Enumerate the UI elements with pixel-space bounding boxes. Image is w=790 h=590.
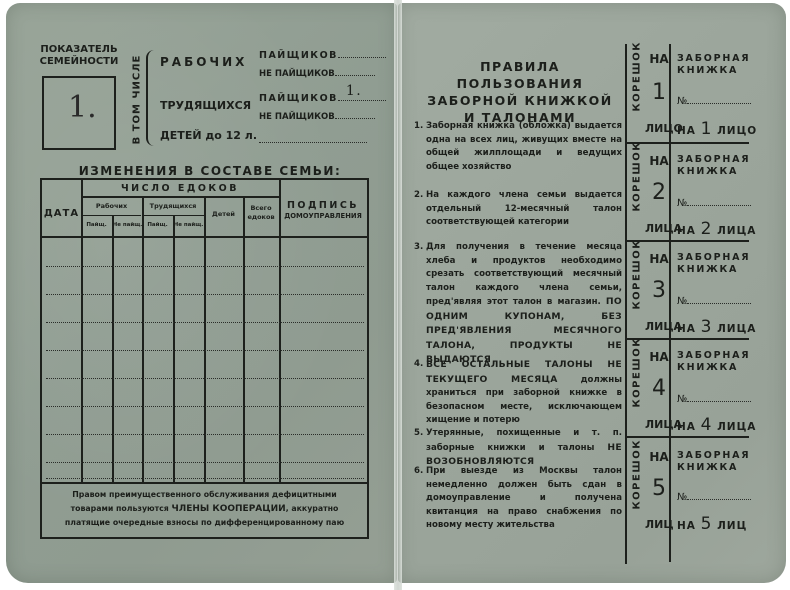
stub-book-label: ЗАБОРНАЯКНИЖКА <box>677 450 750 474</box>
stub-na-label: НА <box>649 52 669 66</box>
stub-book-label: ЗАБОРНАЯКНИЖКА <box>677 53 750 77</box>
workers-shareholders-field[interactable]: ПАЙЩИКОВ <box>259 48 386 61</box>
stub-number: 1 <box>649 80 669 105</box>
number-sign: № <box>677 394 687 405</box>
rules-title-line1: ПРАВИЛА ПОЛЬЗОВАНИЯ <box>420 58 620 92</box>
dotted-line <box>335 109 375 119</box>
brace-bracket <box>146 50 158 146</box>
family-changes-table: ДАТА ЧИСЛО ЕДОКОВ Рабочих Трудящихся Пай… <box>40 178 369 539</box>
stub-koreshok-label: КОРЕШОК <box>632 172 643 212</box>
rule-2: 2. На каждого члена семьи выдается отдел… <box>414 189 622 230</box>
rule-number: 5. <box>414 427 423 441</box>
number-sign: № <box>677 492 687 503</box>
stub-for-persons: НА 4 ЛИЦА <box>677 415 756 435</box>
col-total-line2: едоков <box>243 213 279 222</box>
book-label-line1: ЗАБОРНАЯ <box>677 350 750 362</box>
dotted-line: 1. <box>338 91 386 101</box>
col-workers-nonsh: Не пайщ. <box>112 222 143 228</box>
na-label: НА <box>677 323 696 335</box>
rule-3: 3. Для получения в течение месяца хлеба … <box>414 241 622 368</box>
stub-koreshok-label: КОРЕШОК <box>632 368 643 408</box>
col-employees-sh: Пайщ. <box>142 222 173 228</box>
stub-number: 2 <box>649 180 669 205</box>
dotted-line <box>687 94 751 104</box>
stub-number-field[interactable]: № <box>677 94 751 107</box>
non-shareholders-label: НЕ ПАЙЩИКОВ <box>259 112 335 122</box>
stub-number-field[interactable]: № <box>677 490 751 503</box>
workers-label: РАБОЧИХ <box>160 55 247 69</box>
persons-unit: ЛИЦА <box>717 421 756 433</box>
col-group-eaters: ЧИСЛО ЕДОКОВ <box>81 183 279 194</box>
na-label: НА <box>677 125 696 137</box>
rule-text: На каждого члена семьи выдается отдельны… <box>426 189 622 230</box>
person-count: 5 <box>701 514 713 534</box>
col-signature: ПОДПИСЬ ДОМОУПРАВЛЕНИЯ <box>279 200 367 222</box>
table-row[interactable] <box>46 406 364 407</box>
table-row[interactable] <box>46 462 364 463</box>
stub-number-field[interactable]: № <box>677 294 751 307</box>
table-row[interactable] <box>46 294 364 295</box>
table-row[interactable] <box>46 350 364 351</box>
persons-unit: ЛИЦА <box>717 225 756 237</box>
stub-na-label: НА <box>649 154 669 168</box>
rule-text: Для получения в течение месяца хлеба и п… <box>426 242 622 307</box>
stub-persons-label: ЛИЦ <box>645 518 671 531</box>
number-sign: № <box>677 198 687 209</box>
rule-text: Заборная книжка (обложка) выдается одна … <box>426 120 622 174</box>
family-indicator-label-line1: ПОКАЗАТЕЛЬ <box>34 44 124 56</box>
book-label-line1: ЗАБОРНАЯ <box>677 252 750 264</box>
book-label-line1: ЗАБОРНАЯ <box>677 53 750 65</box>
rules-title: ПРАВИЛА ПОЛЬЗОВАНИЯ ЗАБОРНОЙ КНИЖКОЙ И Т… <box>420 58 620 126</box>
cooperative-note: Правом преимущественного обслуживания де… <box>50 488 359 530</box>
col-children: Детей <box>204 210 243 218</box>
book-label-line2: КНИЖКА <box>677 462 750 474</box>
children-field[interactable] <box>259 133 367 143</box>
shareholders-label: ПАЙЩИКОВ <box>259 93 338 104</box>
book-label-line1: ЗАБОРНАЯ <box>677 450 750 462</box>
col-total-line1: Всего <box>243 204 279 213</box>
stub-for-persons: НА 1 ЛИЦО <box>677 119 757 139</box>
dotted-line <box>687 294 751 304</box>
na-label: НА <box>677 520 696 532</box>
rule-number: 6. <box>414 465 423 479</box>
book-label-line2: КНИЖКА <box>677 264 750 276</box>
stub-1[interactable]: КОРЕШОК НА 1 ЛИЦО ЗАБОРНАЯКНИЖКА № НА 1 … <box>627 44 777 144</box>
stub-number: 4 <box>649 376 669 401</box>
stub-number: 3 <box>649 278 669 303</box>
stub-book-label: ЗАБОРНАЯКНИЖКА <box>677 154 750 178</box>
book-label-line2: КНИЖКА <box>677 362 750 374</box>
stub-for-persons: НА 2 ЛИЦА <box>677 219 756 239</box>
rule-number: 2. <box>414 189 423 203</box>
stub-na-label: НА <box>649 252 669 266</box>
family-indicator-label: ПОКАЗАТЕЛЬ СЕМЕЙНОСТИ <box>34 44 124 68</box>
dotted-line <box>687 196 751 206</box>
na-label: НА <box>677 225 696 237</box>
dotted-line <box>338 48 386 58</box>
shareholders-label: ПАЙЩИКОВ <box>259 50 338 61</box>
in-total-text: В ТОМ ЧИСЛЕ <box>132 55 143 145</box>
family-indicator-box[interactable]: 1. <box>42 76 116 150</box>
persons-unit: ЛИЦ <box>717 520 747 532</box>
stub-2[interactable]: КОРЕШОК НА 2 ЛИЦА ЗАБОРНАЯКНИЖКА № НА 2 … <box>627 144 777 242</box>
col-date: ДАТА <box>42 208 81 219</box>
book-label-line2: КНИЖКА <box>677 65 750 77</box>
employees-shareholders-value: 1. <box>346 83 362 99</box>
rule-4: 4. ВСЕ ОСТАЛЬНЫЕ ТАЛОНЫ НЕ ТЕКУЩЕГО МЕСЯ… <box>414 358 622 428</box>
employees-shareholders-field[interactable]: ПАЙЩИКОВ1. <box>259 91 386 104</box>
stub-5[interactable]: КОРЕШОК НА 5 ЛИЦ ЗАБОРНАЯКНИЖКА № НА 5 Л… <box>627 438 777 562</box>
stub-koreshok-label: КОРЕШОК <box>632 470 643 510</box>
col-employees: Трудящихся <box>142 202 204 210</box>
stub-book-label: ЗАБОРНАЯКНИЖКА <box>677 252 750 276</box>
persons-unit: ЛИЦО <box>717 125 757 137</box>
person-count: 1 <box>701 119 713 139</box>
rules-title-line2: ЗАБОРНОЙ КНИЖКОЙ <box>420 92 620 109</box>
stub-na-label: НА <box>649 350 669 364</box>
in-total-vertical-label: В ТОМ ЧИСЛЕ <box>127 56 147 146</box>
rule-number: 1. <box>414 120 423 134</box>
rule-number: 3. <box>414 241 423 255</box>
book-label-line1: ЗАБОРНАЯ <box>677 154 750 166</box>
col-signature-line2: ДОМОУПРАВЛЕНИЯ <box>279 211 367 222</box>
stub-persons-label: ЛИЦА <box>645 320 671 333</box>
rule-text: При выезде из Москвы талон немедленно до… <box>426 465 622 533</box>
number-sign: № <box>677 96 687 107</box>
rule-number: 4. <box>414 358 423 372</box>
table-row[interactable] <box>46 478 364 479</box>
table-row[interactable] <box>46 266 364 267</box>
table-row[interactable] <box>46 322 364 323</box>
stub-4[interactable]: КОРЕШОК НА 4 ЛИЦА ЗАБОРНАЯКНИЖКА № НА 4 … <box>627 340 777 438</box>
stub-na-label: НА <box>649 450 669 464</box>
dotted-line <box>687 392 751 402</box>
col-employees-nonsh: Не пайщ. <box>173 222 204 228</box>
person-count: 2 <box>701 219 713 239</box>
stub-persons-label: ЛИЦА <box>645 222 671 235</box>
stub-number-field[interactable]: № <box>677 392 751 405</box>
persons-unit: ЛИЦА <box>717 323 756 335</box>
family-indicator-value: 1. <box>68 90 97 125</box>
workers-non-shareholders-field[interactable]: НЕ ПАЙЩИКОВ <box>259 66 375 79</box>
table-row[interactable] <box>46 434 364 435</box>
col-workers-sh: Пайщ. <box>81 222 112 228</box>
children-label: ДЕТЕЙ до 12 л. <box>160 129 257 142</box>
cooperative-note-emphasis: ЧЛЕНЫ КООПЕРАЦИИ <box>171 504 285 514</box>
col-total: Всего едоков <box>243 204 279 222</box>
na-label: НА <box>677 421 696 433</box>
stub-persons-label: ЛИЦА <box>645 418 671 431</box>
stub-for-persons: НА 5 ЛИЦ <box>677 514 747 534</box>
employees-non-shareholders-field[interactable]: НЕ ПАЙЩИКОВ <box>259 109 375 122</box>
book-label-line2: КНИЖКА <box>677 166 750 178</box>
stub-koreshok-label: КОРЕШОК <box>632 270 643 310</box>
rule-text: Утерянные, похищенные и т. п. заборные к… <box>426 428 622 453</box>
rule-6: 6. При выезде из Москвы талон немедленно… <box>414 465 622 533</box>
col-signature-line1: ПОДПИСЬ <box>279 200 367 211</box>
dotted-line <box>335 66 375 76</box>
book-spine <box>394 0 402 590</box>
number-sign: № <box>677 296 687 307</box>
col-workers: Рабочих <box>81 202 142 210</box>
family-indicator-label-line2: СЕМЕЙНОСТИ <box>34 56 124 68</box>
rule-1: 1. Заборная книжка (обложка) выдается од… <box>414 120 622 174</box>
stub-book-label: ЗАБОРНАЯКНИЖКА <box>677 350 750 374</box>
dotted-line <box>687 490 751 500</box>
person-count: 4 <box>701 415 713 435</box>
table-row[interactable] <box>46 378 364 379</box>
non-shareholders-label: НЕ ПАЙЩИКОВ <box>259 69 335 79</box>
person-count: 3 <box>701 317 713 337</box>
stub-number-field[interactable]: № <box>677 196 751 209</box>
stub-for-persons: НА 3 ЛИЦА <box>677 317 756 337</box>
stub-persons-label: ЛИЦО <box>645 122 671 135</box>
stub-3[interactable]: КОРЕШОК НА 3 ЛИЦА ЗАБОРНАЯКНИЖКА № НА 3 … <box>627 242 777 340</box>
stub-number: 5 <box>649 476 669 501</box>
family-changes-title: ИЗМЕНЕНИЯ В СОСТАВЕ СЕМЬИ: <box>60 164 360 178</box>
rule-5: 5. Утерянные, похищенные и т. п. заборны… <box>414 427 622 470</box>
stub-koreshok-label: КОРЕШОК <box>632 72 643 112</box>
employees-label: ТРУДЯЩИХСЯ <box>160 99 251 112</box>
